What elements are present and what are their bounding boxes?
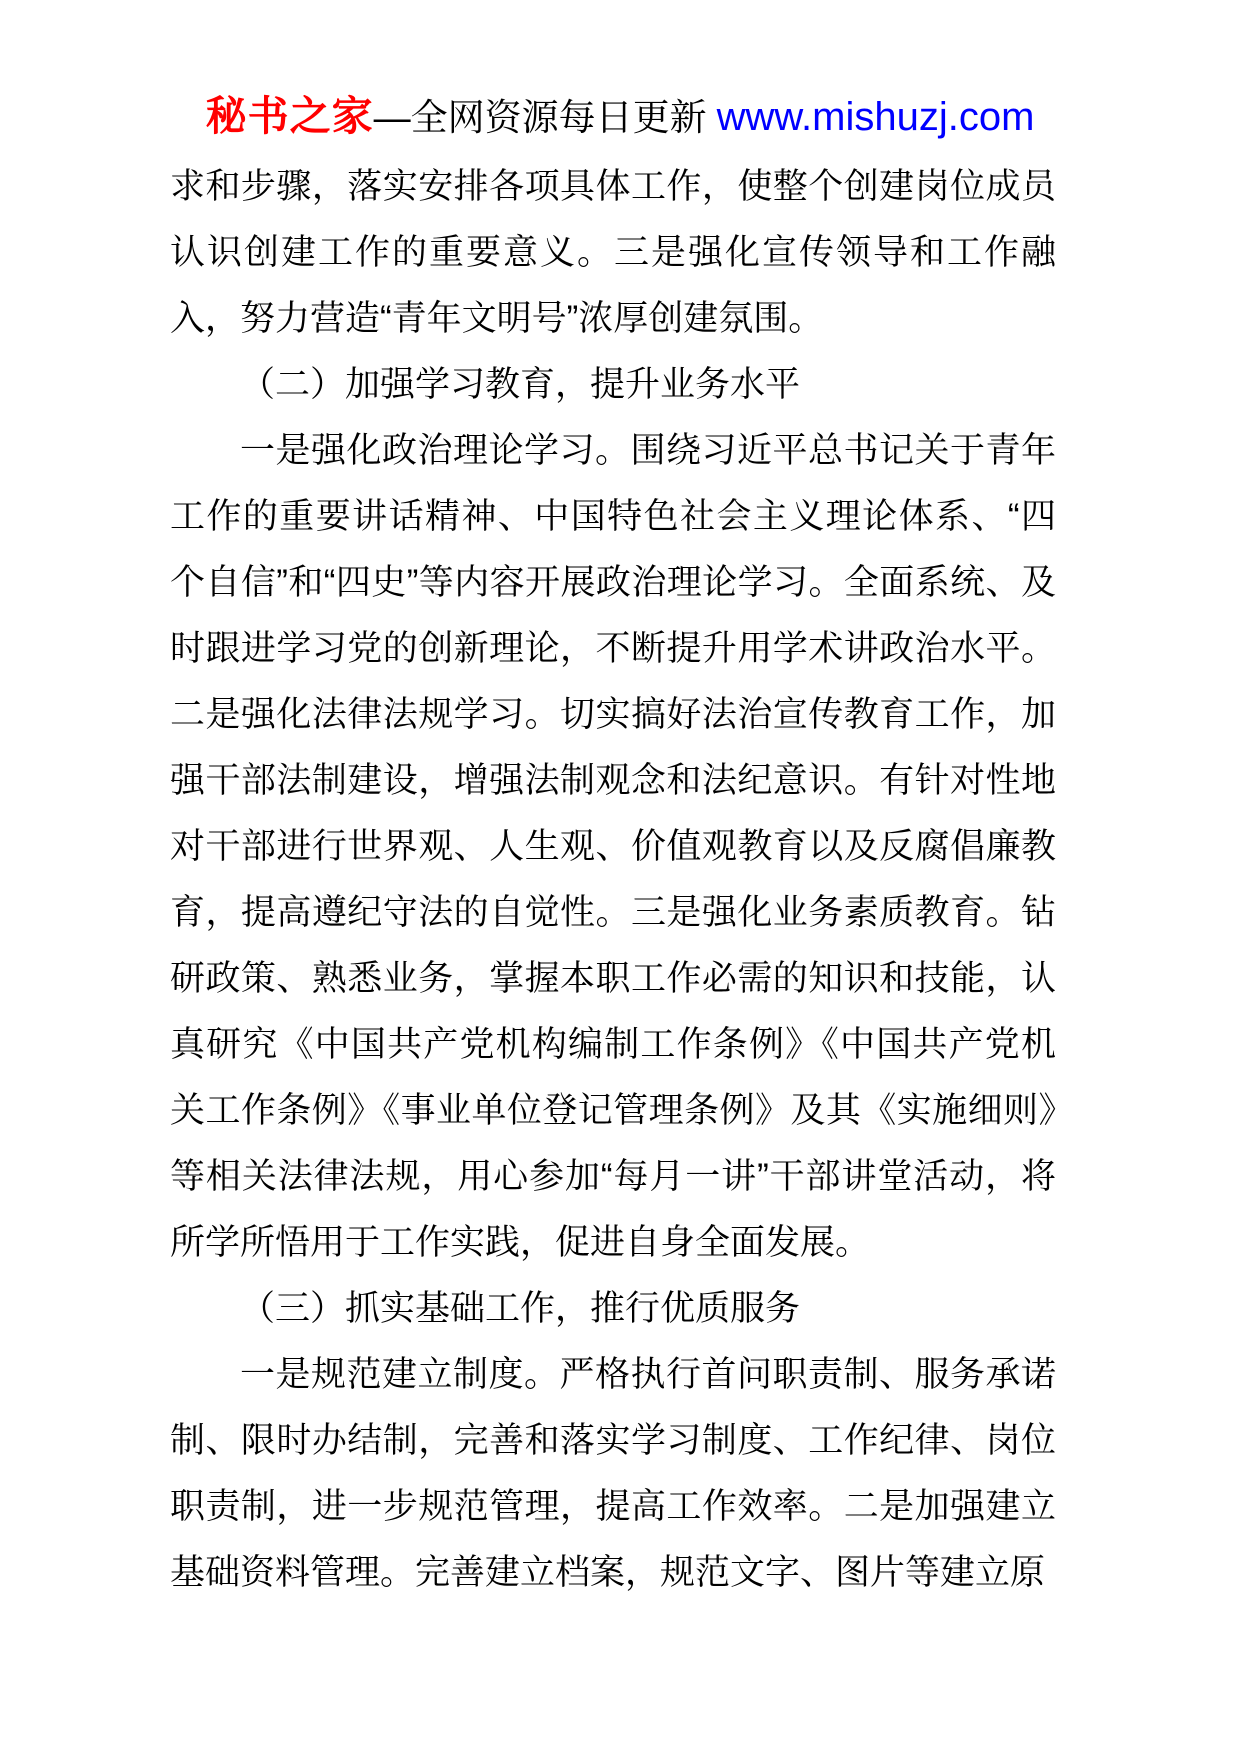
site-header: 秘书之家—全网资源每日更新www.mishuzj.com bbox=[0, 96, 1240, 137]
section-heading-three: （三）抓实基础工作，推行优质服务 bbox=[170, 1276, 1056, 1342]
site-brand: 秘书之家 bbox=[206, 93, 374, 139]
site-tagline: —全网资源每日更新 bbox=[374, 97, 707, 138]
paragraph-continuation: 求和步骤，落实安排各项具体工作，使整个创建岗位成员认识创建工作的重要意义。三是强… bbox=[170, 154, 1056, 352]
site-url-link[interactable]: www.mishuzj.com bbox=[717, 95, 1035, 139]
document-body: 求和步骤，落实安排各项具体工作，使整个创建岗位成员认识创建工作的重要意义。三是强… bbox=[170, 154, 1056, 1606]
document-page: 秘书之家—全网资源每日更新www.mishuzj.com 求和步骤，落实安排各项… bbox=[0, 0, 1240, 1754]
paragraph-section-three-body: 一是规范建立制度。严格执行首问职责制、服务承诺制、限时办结制，完善和落实学习制度… bbox=[170, 1342, 1056, 1606]
paragraph-section-two-body: 一是强化政治理论学习。围绕习近平总书记关于青年工作的重要讲话精神、中国特色社会主… bbox=[170, 418, 1056, 1276]
section-heading-two: （二）加强学习教育，提升业务水平 bbox=[170, 352, 1056, 418]
